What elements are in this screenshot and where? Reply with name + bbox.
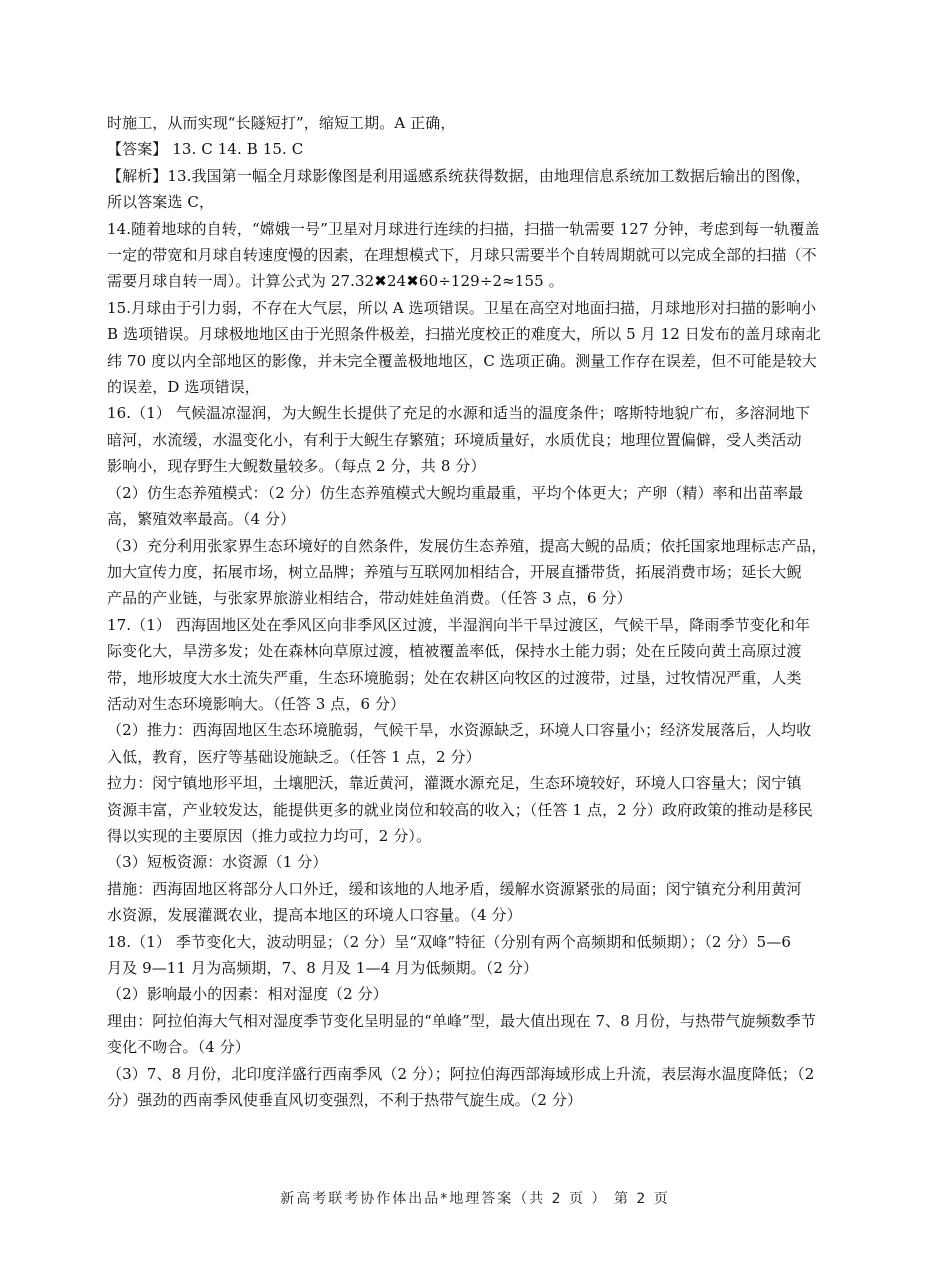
text-line: 14.随着地球的自转，“嫦娥一号”卫星对月球进行连续的扫描，扫描一轨需要 127…: [107, 216, 845, 242]
text-line: 17.（1） 西海固地区处在季风区向非季风区过渡，半湿润向半干旱过渡区，气候干旱…: [107, 612, 845, 638]
text-line: 产品的产业链，与张家界旅游业相结合，带动娃娃鱼消费。（任答 3 点，6 分）: [107, 585, 845, 611]
text-line: 活动对生态环境影响大。（任答 3 点，6 分）: [107, 691, 845, 717]
text-line: 16.（1） 气候温凉湿润，为大鲵生长提供了充足的水源和适当的温度条件；喀斯特地…: [107, 400, 845, 426]
text-line: （3）7、8 月份，北印度洋盛行西南季风（2 分）；阿拉伯海西部海域形成上升流，…: [107, 1061, 845, 1087]
text-line: 月及 9—11 月为高频期，7、8 月及 1—4 月为低频期。（2 分）: [107, 955, 845, 981]
text-line: 变化不吻合。（4 分）: [107, 1034, 845, 1060]
text-line: 加大宣传力度，拓展市场，树立品牌；养殖与互联网加相结合，开展直播带货，拓展消费市…: [107, 559, 845, 585]
answer-key-line: 【答案】 13. C 14. B 15. C: [107, 136, 845, 162]
text-line: 15.月球由于引力弱，不存在大气层，所以 A 选项错误。卫星在高空对地面扫描，月…: [107, 295, 845, 321]
text-line: 入低，教育，医疗等基础设施缺乏。（任答 1 点，2 分）: [107, 744, 845, 770]
answer-document-body: 时施工，从而实现“长隧短打”，缩短工期。A 正确， 【答案】 13. C 14.…: [107, 110, 845, 1113]
text-line: 纬 70 度以内全部地区的影像，并未完全覆盖极地地区，C 选项正确。测量工作存在…: [107, 348, 845, 374]
text-line: 带，地形坡度大水土流失严重，生态环境脆弱；处在农耕区向牧区的过渡带，过垦，过牧情…: [107, 665, 845, 691]
text-line: （2）仿生态养殖模式：（2 分）仿生态养殖模式大鲵均重最重，平均个体更大；产卵（…: [107, 480, 845, 506]
text-line: 暗河，水流缓，水温变化小，有利于大鲵生存繁殖；环境质量好，水质优良；地理位置偏僻…: [107, 427, 845, 453]
text-line: 所以答案选 C，: [107, 189, 845, 215]
page-footer: 新高考联考协作体出品*地理答案（共 2 页 ） 第 2 页: [0, 1188, 950, 1208]
text-line: 理由：阿拉伯海大气相对湿度季节变化呈明显的“单峰”型，最大值出现在 7、8 月份…: [107, 1008, 845, 1034]
text-line: 分）强劲的西南季风使垂直风切变强烈，不利于热带气旋生成。（2 分）: [107, 1087, 845, 1113]
text-line: 一定的带宽和月球自转速度慢的因素，在理想模式下，月球只需要半个自转周期就可以完成…: [107, 242, 845, 268]
text-line: （2）推力：西海固地区生态环境脆弱，气候干旱，水资源缺乏，环境人口容量小；经济发…: [107, 717, 845, 743]
text-line: 措施：西海固地区将部分人口外迁，缓和该地的人地矛盾，缓解水资源紧张的局面；闵宁镇…: [107, 876, 845, 902]
text-line: （2）影响最小的因素：相对湿度（2 分）: [107, 981, 845, 1007]
text-line: 需要月球自转一周）。计算公式为 27.32✖24✖60÷129÷2≈155 。: [107, 268, 845, 294]
text-line: （3）短板资源：水资源（1 分）: [107, 849, 845, 875]
text-line: 【解析】13.我国第一幅全月球影像图是利用遥感系统获得数据，由地理信息系统加工数…: [107, 163, 845, 189]
text-line: 得以实现的主要原因（推力或拉力均可，2 分）。: [107, 823, 845, 849]
text-line: 水资源，发展灌溉农业，提高本地区的环境人口容量。（4 分）: [107, 902, 845, 928]
text-line: 影响小，现存野生大鲵数量较多。（每点 2 分，共 8 分）: [107, 453, 845, 479]
text-line: 际变化大，旱涝多发；处在森林向草原过渡，植被覆盖率低，保持水土能力弱；处在丘陵向…: [107, 638, 845, 664]
text-line: 拉力：闵宁镇地形平坦，土壤肥沃，靠近黄河，灌溉水源充足，生态环境较好，环境人口容…: [107, 770, 845, 796]
text-line: 高，繁殖效率最高。（4 分）: [107, 506, 845, 532]
text-line: 时施工，从而实现“长隧短打”，缩短工期。A 正确，: [107, 110, 845, 136]
text-line: 18.（1） 季节变化大，波动明显；（2 分）呈“双峰”特征（分别有两个高频期和…: [107, 929, 845, 955]
text-line: 的误差，D 选项错误，: [107, 374, 845, 400]
text-line: 资源丰富，产业较发达，能提供更多的就业岗位和较高的收入；（任答 1 点，2 分）…: [107, 797, 845, 823]
text-line: B 选项错误。月球极地地区由于光照条件极差，扫描光度校正的难度大，所以 5 月 …: [107, 321, 845, 347]
text-line: （3）充分利用张家界生态环境好的自然条件，发展仿生态养殖，提高大鲵的品质；依托国…: [107, 533, 845, 559]
